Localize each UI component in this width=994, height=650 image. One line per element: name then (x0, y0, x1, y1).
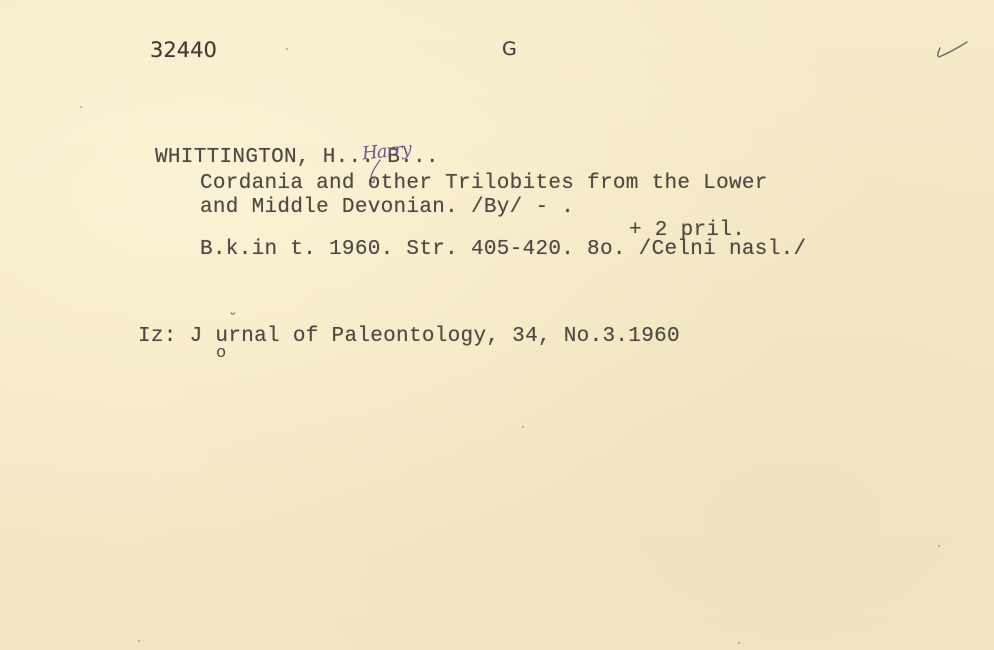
publication-line: B.k.in t. 1960. Str. 405-420. 8o. /Celni… (200, 238, 806, 261)
paper-speck (522, 426, 524, 428)
paper-speck (80, 106, 82, 108)
catalog-number: 32440 (150, 38, 217, 62)
author-surname: WHITTINGTON, (155, 146, 310, 169)
paper-speck (138, 640, 140, 642)
paper-speck (938, 545, 940, 547)
paper-speck (738, 642, 740, 644)
catalog-card: 32440 G WHITTINGTON, H... B... Harry Cor… (0, 0, 994, 650)
paper-speck (286, 48, 288, 50)
inserted-letter: o (216, 344, 226, 363)
source-prefix: Iz: J (138, 325, 203, 348)
check-mark-icon (934, 38, 970, 62)
section-letter: G (502, 38, 517, 60)
source-rest: urnal of Paleontology, 34, No.3.1960 (215, 325, 679, 348)
title-line-1: Cordania and other Trilobites from the L… (200, 172, 768, 195)
title-line-2: and Middle Devonian. /By/ - . (200, 196, 574, 219)
